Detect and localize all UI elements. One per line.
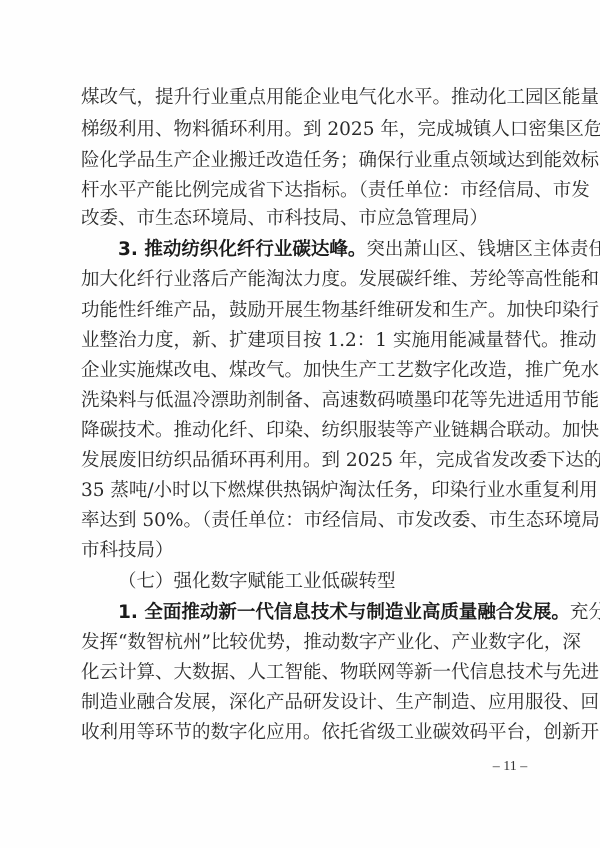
section-heading: （七）强化数字赋能工业低碳转型: [118, 567, 523, 597]
body-text-line: 改委、市生态环境局、市科技局、市应急管理局）: [81, 204, 523, 234]
body-text-line: 收利用等环节的数字化应用。依托省级工业碳效码平台，创新开: [81, 718, 523, 748]
body-text-line: 杆水平产能比例完成省下达指标。（责任单位：市经信局、市发: [81, 176, 523, 206]
body-text-line: 市科技局）: [81, 536, 523, 566]
body-text-line: 洗染料与低温冷漂助剂制备、高速数码喷墨印花等先进适用节能: [81, 386, 523, 416]
body-text-line: 35 蒸吨/小时以下燃煤供热锅炉淘汰任务，印染行业水重复利用: [81, 476, 523, 506]
body-text-line: 化云计算、大数据、人工智能、物联网等新一代信息技术与先进: [81, 658, 523, 688]
body-text-line: 发挥“数智杭州”比较优势，推动数字产业化、产业数字化，深: [81, 628, 523, 658]
item-heading-textile: 3. 推动纺织化纤行业碳达峰。: [118, 239, 366, 260]
body-text-line: 制造业融合发展，深化产品研发设计、生产制造、应用服役、回: [81, 688, 523, 718]
body-text-line: 梯级利用、物料循环利用。到 2025 年，完成城镇人口密集区危: [81, 115, 523, 145]
body-text: 突出萧山区、钱塘区主体责任，: [366, 239, 600, 260]
body-text-line: 加大化纤行业落后产能淘汰力度。发展碳纤维、芳纶等高性能和: [81, 265, 523, 295]
body-text-line: 功能性纤维产品，鼓励开展生物基纤维研发和生产。加快印染行: [81, 296, 523, 326]
body-text: 充分: [570, 602, 600, 623]
body-text-line: 率达到 50%。（责任单位：市经信局、市发改委、市生态环境局、: [81, 506, 523, 536]
body-text-line: 降碳技术。推动化纤、印染、纺织服装等产业链耦合联动。加快: [81, 416, 523, 446]
section-heading-line: 1. 全面推动新一代信息技术与制造业高质量融合发展。充分: [118, 598, 523, 628]
body-text-line: 煤改气，提升行业重点用能企业电气化水平。推动化工园区能量: [81, 83, 523, 113]
body-text-line: 险化学品生产企业搬迁改造任务；确保行业重点领域达到能效标: [81, 146, 523, 176]
body-text-line: 发展废旧纺织品循环再利用。到 2025 年，完成省发改委下达的: [81, 446, 523, 476]
item-heading-digital: 1. 全面推动新一代信息技术与制造业高质量融合发展。: [118, 602, 570, 623]
body-text-line: 业整治力度，新、扩建项目按 1.2：1 实施用能减量替代。推动: [81, 326, 523, 356]
section-heading-line: 3. 推动纺织化纤行业碳达峰。突出萧山区、钱塘区主体责任，: [118, 235, 523, 265]
document-page: 煤改气，提升行业重点用能企业电气化水平。推动化工园区能量 梯级利用、物料循环利用…: [0, 0, 600, 848]
body-text-line: 企业实施煤改电、煤改气。加快生产工艺数字化改造，推广免水: [81, 356, 523, 386]
page-number: – 11 –: [490, 756, 530, 778]
